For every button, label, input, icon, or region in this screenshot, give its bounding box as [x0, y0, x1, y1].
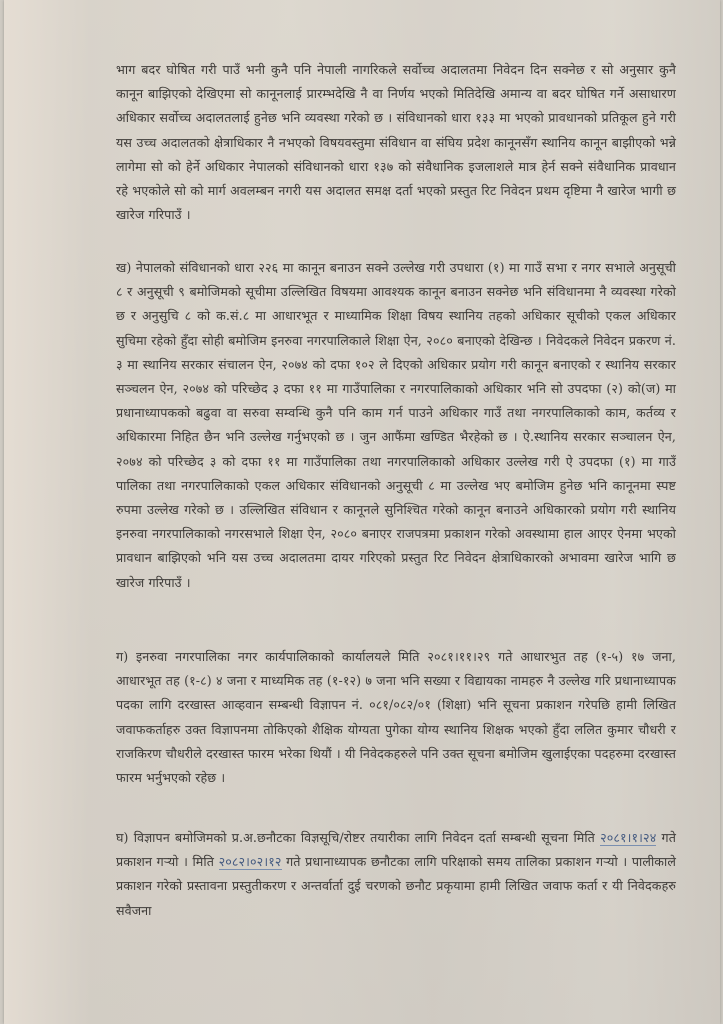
paragraph-gha-text-before: घ) विज्ञापन बमोजिमको प्र.अ.छनौटका विज्ञस…	[116, 830, 600, 845]
paragraph-gha: घ) विज्ञापन बमोजिमको प्र.अ.छनौटका विज्ञस…	[116, 826, 676, 923]
underlined-date-1: २०८१।१।२४	[600, 830, 656, 846]
scanned-document-page: भाग बदर घोषित गरी पाउँ भनी कुनै पनि नेपा…	[4, 0, 720, 1024]
paragraph-continuation: भाग बदर घोषित गरी पाउँ भनी कुनै पनि नेपा…	[116, 58, 676, 227]
paragraph-ga: ग) इनरुवा नगरपालिका नगर कार्यपालिकाको का…	[116, 645, 676, 790]
paragraph-kha: ख) नेपालको संविधानको धारा २२६ मा कानून ब…	[116, 256, 676, 595]
underlined-date-2: २०८२।०२।१२	[219, 854, 282, 870]
